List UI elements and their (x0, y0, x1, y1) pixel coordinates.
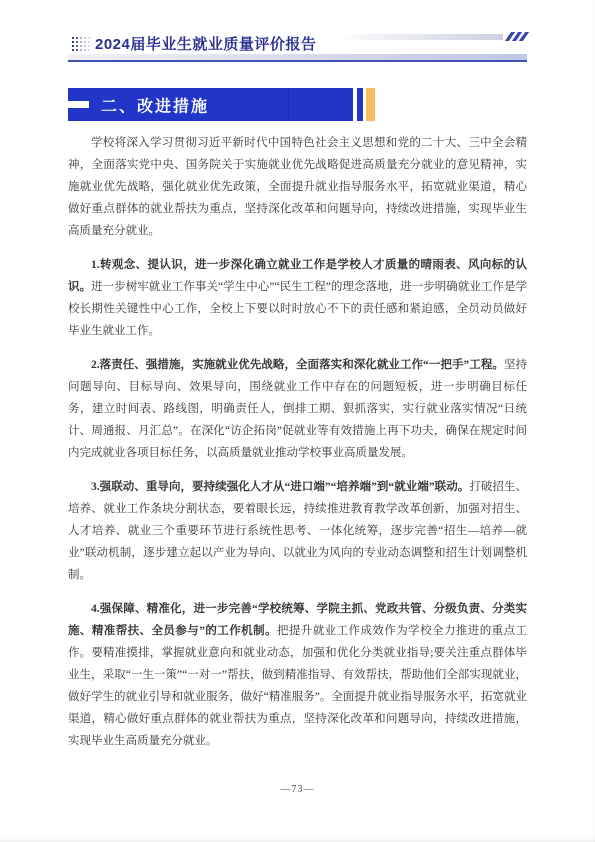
paragraph-lead: 2.落责任、强措施，实施就业优先战略，全面落实和深化就业工作“一把手”工程。 (91, 359, 504, 371)
paragraph-text: 进一步树牢就业工作事关“学生中心”“民生工程”的理念落地，进一步明确就业工作是学… (68, 281, 527, 337)
decor-stripe-blue (357, 88, 363, 121)
body-text: 学校将深入学习贯彻习近平新时代中国特色社会主义思想和党的二十大、三中全会精神，全… (68, 132, 527, 764)
paragraph-lead: 3.强联动、重导向，要持续强化人才从“进口端”“培养端”到“就业端”联动。 (91, 481, 469, 493)
section-heading: 二、改进措施 (101, 93, 209, 116)
report-title: 2024届毕业生就业质量评价报告 (95, 33, 316, 54)
dot-grid-icon (72, 37, 90, 51)
title-underline-rule (68, 54, 527, 62)
diagonal-slashes-icon (508, 32, 526, 41)
paragraph-text: 打破招生、培养、就业工作条块分割状态，要着眼长远，持续推进教育教学改革创新，加强… (68, 481, 527, 581)
decor-stripe-orange (366, 88, 375, 121)
paragraph-text: 坚持问题导向、目标导向、效果导向，围绕就业工作中存在的问题短板，进一步明确目标任… (68, 359, 527, 459)
paragraph-text: 把提升就业工作成效作为学校全力推进的重点工作。要精准摸排，掌握就业意向和就业动态… (68, 625, 527, 747)
paragraph: 1.转观念、提认识，进一步深化确立就业工作是学校人才质量的晴雨表、风向标的认识。… (68, 254, 527, 342)
paragraph-text: 学校将深入学习贯彻习近平新时代中国特色社会主义思想和党的二十大、三中全会精神，全… (68, 137, 527, 237)
paragraph: 4.强保障、精准化，进一步完善“学校统筹、学院主抓、党政共管、分级负责、分类实施… (68, 598, 527, 752)
report-page: 2024届毕业生就业质量评价报告 二、改进措施 学校将深入学习贯彻习近平新时代中… (0, 0, 595, 842)
paragraph: 学校将深入学习贯彻习近平新时代中国特色社会主义思想和党的二十大、三中全会精神，全… (68, 132, 527, 242)
paragraph: 3.强联动、重导向，要持续强化人才从“进口端”“培养端”到“就业端”联动。打破招… (68, 476, 527, 586)
header-rule (345, 34, 503, 40)
page-number: —73— (0, 784, 595, 795)
heading-dash-decoration (68, 101, 89, 108)
heading-bar-seam (288, 88, 289, 121)
section-heading-bar: 二、改进措施 (68, 88, 353, 121)
paragraph: 2.落责任、强措施，实施就业优先战略，全面落实和深化就业工作“一把手”工程。坚持… (68, 354, 527, 464)
